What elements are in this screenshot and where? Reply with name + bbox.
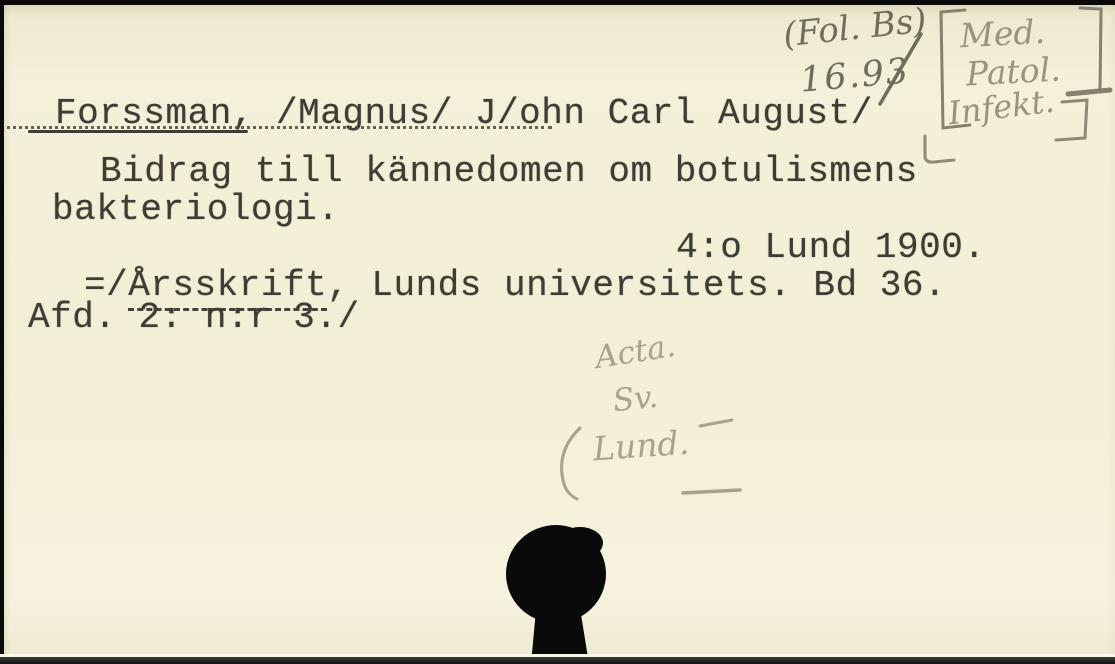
corner-l-mark [925,136,954,162]
dotted-rule-line [0,126,552,129]
subject-term-infekt: Infekt. [946,82,1056,133]
series-line-2: Afd. 2: n:r 3./ [28,300,360,336]
format-note: (Fol. Bs) [781,1,928,56]
hole-punch [506,525,606,664]
pencil-note-2: Sv. [611,379,659,420]
note-end-dash-mark [700,420,732,426]
card-bottom-edge [0,657,1115,664]
title-line-2: bakteriologi. [52,192,339,228]
imprint-line: 4:o Lund 1900. [676,230,985,266]
small-close-bracket-mark [1056,100,1087,140]
title-line-1: Bidrag till kännedomen om botulismens [100,154,918,190]
subject-term-med: Med. [959,12,1046,55]
pencil-note-1: Acta. [593,328,678,376]
subject-close-bracket-serif [1068,90,1110,94]
card-left-edge [0,0,4,664]
author-underline [28,130,248,133]
series-rest: , Lunds universitets. Bd 36. [327,265,946,306]
pencil-note-3: Lund. [592,423,691,469]
shelf-number: 16.93 [798,51,911,100]
note-open-bracket-mark [562,428,580,499]
card-top-edge [0,0,1115,5]
low-dash-mark [683,490,740,493]
catalog-card: Forssman, /Magnus/ J/ohn Carl August/ Bi… [0,0,1115,664]
subject-close-bracket-mark [1080,8,1101,91]
